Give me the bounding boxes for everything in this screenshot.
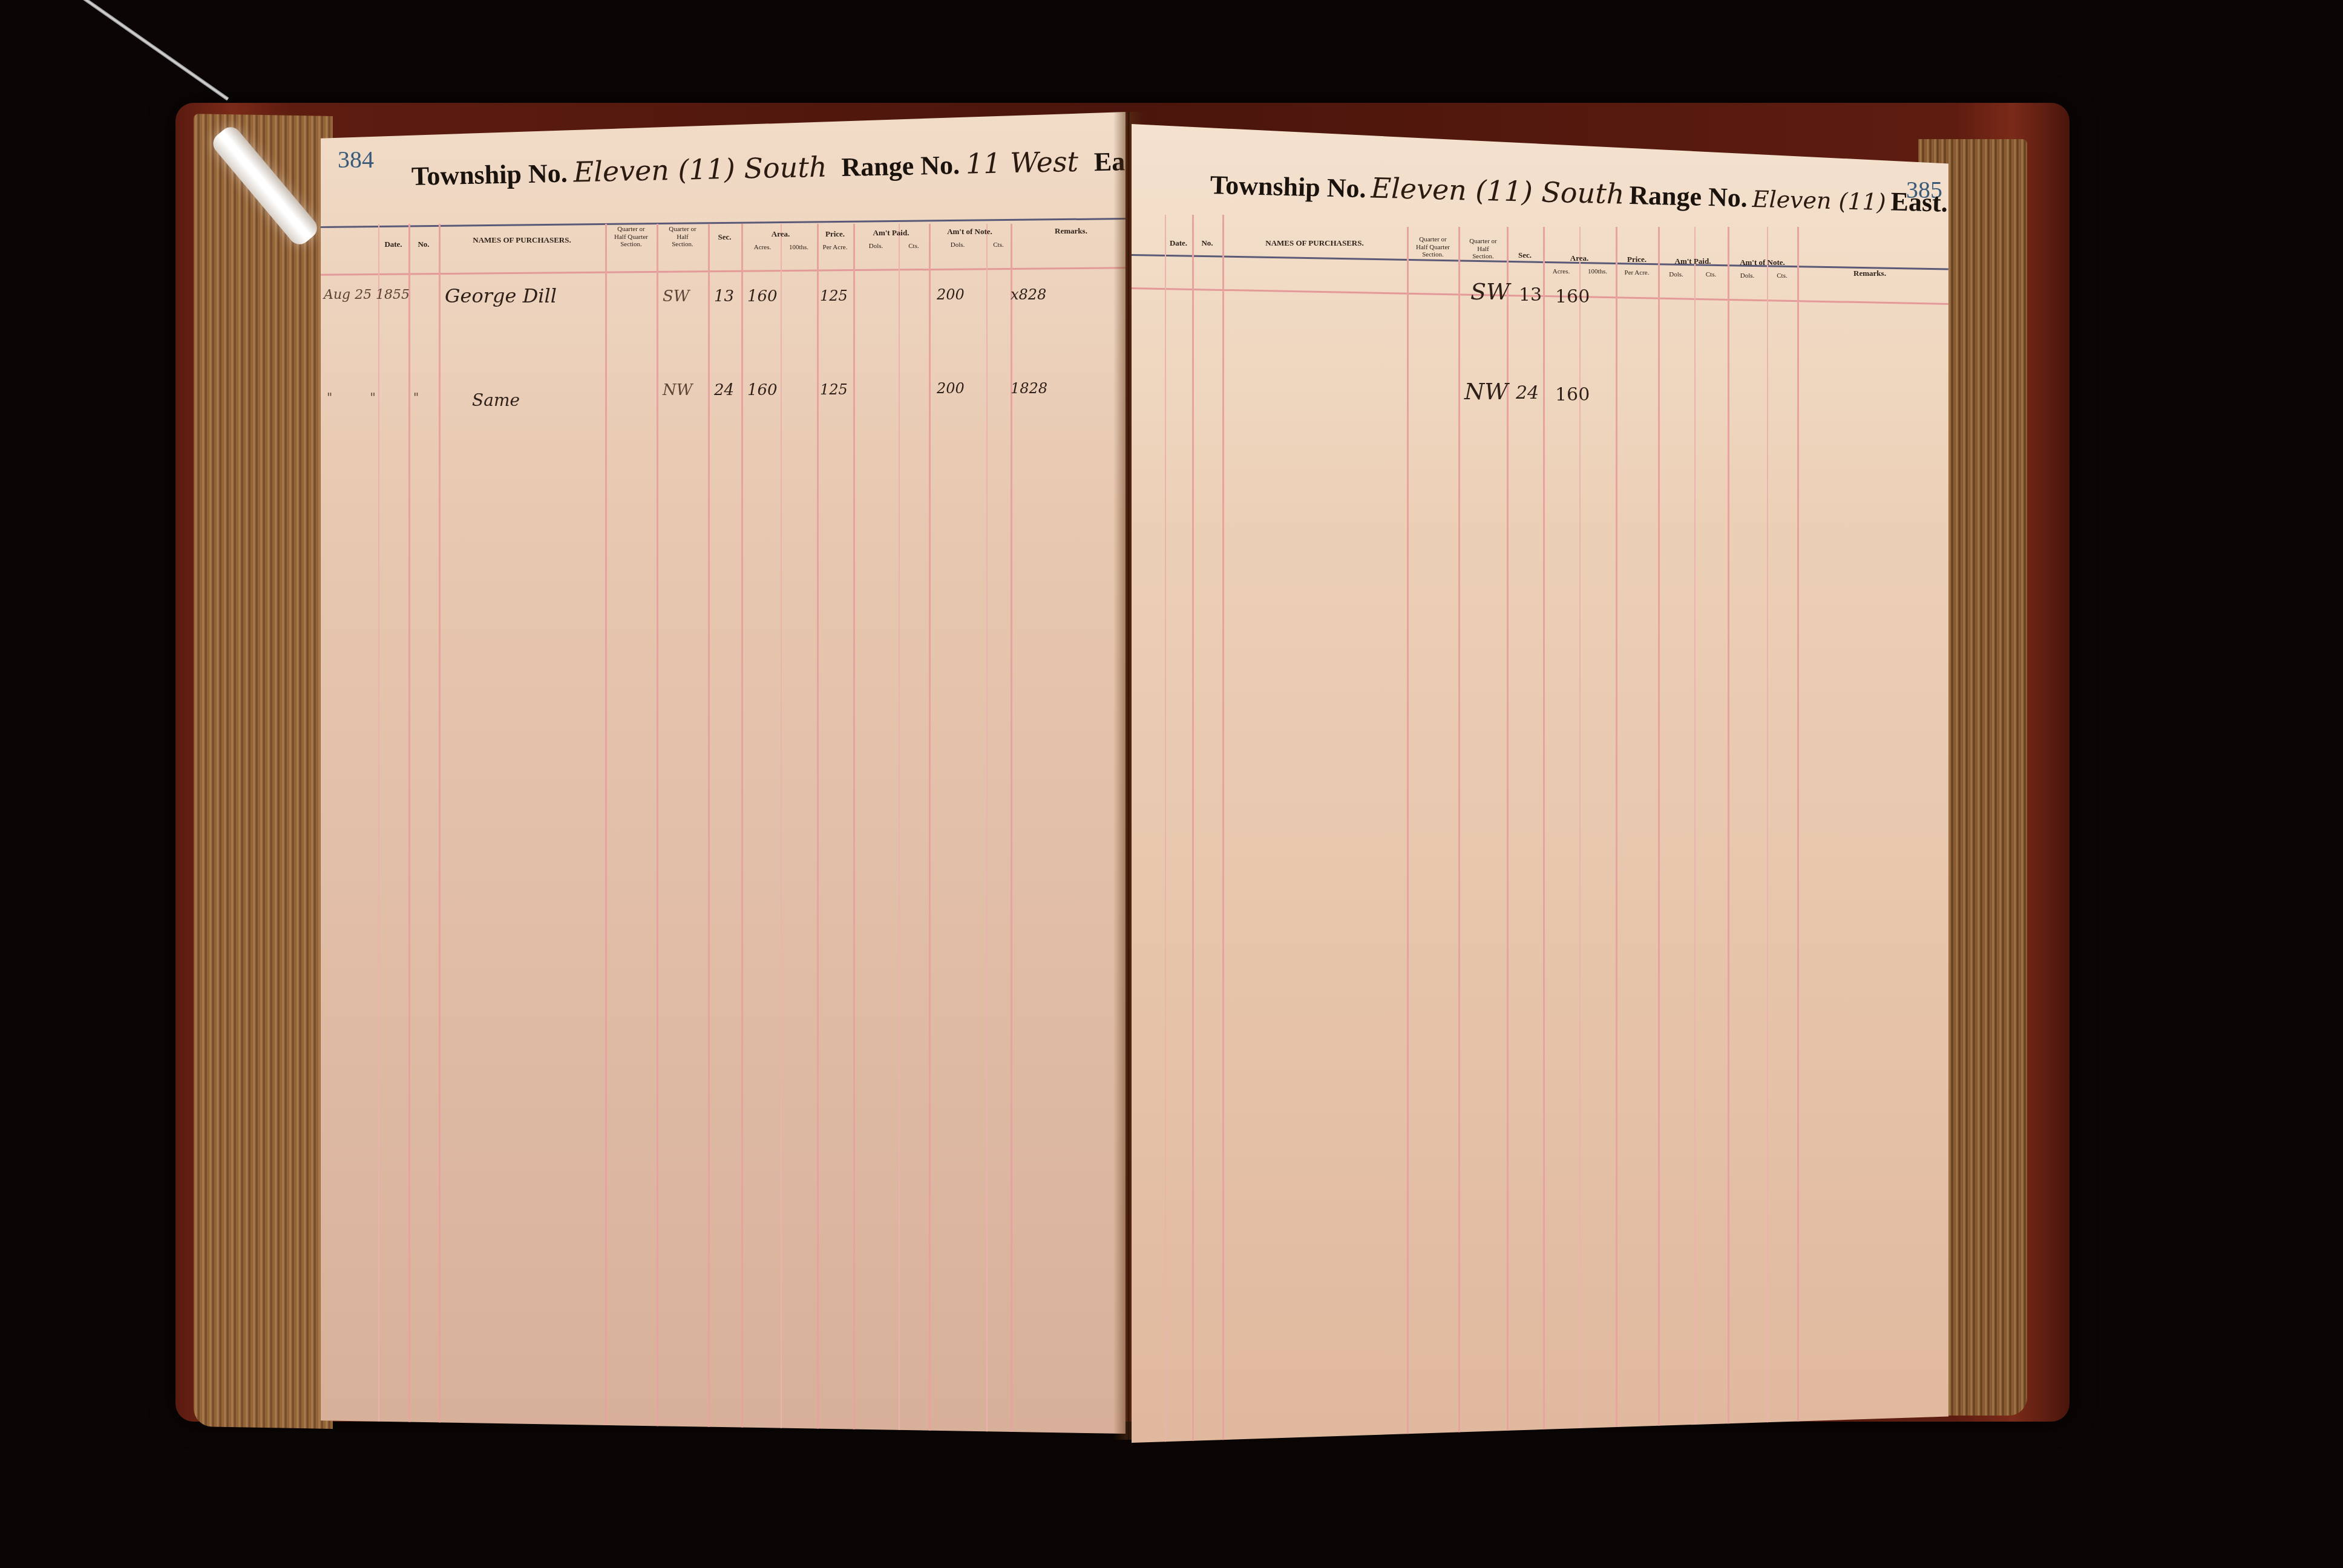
entry-section: 24 xyxy=(1516,382,1539,403)
direction-label: East. xyxy=(1890,186,1948,218)
township-header: Township No. Eleven (11) South Range No.… xyxy=(1210,168,1948,220)
col-names: NAMES OF PURCHASERS. xyxy=(1225,239,1404,248)
entry-acres: 160 xyxy=(1555,384,1590,405)
township-label: Township No. xyxy=(1210,169,1366,204)
township-value: Eleven (11) South xyxy=(573,151,827,189)
entry-name: Same xyxy=(472,390,520,410)
entry-acres: 160 xyxy=(1555,286,1590,307)
header-rule xyxy=(321,218,1126,228)
col-amt-note-cts: Cts. xyxy=(986,241,1011,249)
col-quarter-half: Quarter or Half Section. xyxy=(658,226,707,249)
entry-quarter: SW xyxy=(1470,278,1510,305)
entry-acres: 160 xyxy=(747,287,778,305)
col-quarter-half: Quarter or Half Section. xyxy=(1460,238,1507,261)
entry-quarter: SW xyxy=(663,287,690,305)
col-amt-paid: Am't Paid. xyxy=(853,229,929,238)
range-label: Range No. xyxy=(1629,180,1748,214)
page-edges-left xyxy=(194,114,333,1429)
col-amt-note: Am't of Note. xyxy=(929,227,1011,237)
column-header-rule xyxy=(321,267,1126,276)
col-amt-paid-cts: Cts. xyxy=(899,243,929,250)
entry-note-amount: 200 xyxy=(937,380,965,397)
col-price: Price. xyxy=(817,230,853,239)
range-value: 11 West xyxy=(965,145,1078,180)
ledger-row: SW 13 160 xyxy=(1132,275,1948,324)
col-amt-paid: Am't Paid. xyxy=(1658,257,1728,266)
col-quarter-half-quarter: Quarter or Half Quarter Section. xyxy=(1408,236,1458,259)
entry-acres: 160 xyxy=(747,381,778,399)
right-page: 385 Township No. Eleven (11) South Range… xyxy=(1132,124,1948,1443)
ledger-row: Aug 25 1855 George Dill SW 13 160 125 20… xyxy=(321,281,1126,330)
col-amt-note: Am't of Note. xyxy=(1728,258,1797,267)
pointer-rod xyxy=(48,0,229,100)
col-sec: Sec. xyxy=(1507,251,1543,260)
ledger-row: NW 24 160 xyxy=(1132,375,1948,423)
range-label: Range No. xyxy=(841,149,960,183)
entry-remarks: x828 xyxy=(1011,286,1046,303)
col-date: Date. xyxy=(378,240,408,249)
col-no: No. xyxy=(408,240,439,249)
ledger-row: " " " Same NW 24 160 125 200 1828 xyxy=(321,378,1126,426)
page-number: 384 xyxy=(338,145,374,174)
entry-price: 125 xyxy=(820,381,848,398)
range-value: Eleven (11) xyxy=(1752,186,1886,215)
entry-quarter: NW xyxy=(663,381,692,399)
township-value: Eleven (11) South xyxy=(1371,171,1625,210)
entry-date: " " " xyxy=(327,390,436,405)
col-area-acres: Acres. xyxy=(744,244,781,252)
col-amt-paid-dols: Dols. xyxy=(853,243,899,250)
col-area-100ths: 100ths. xyxy=(781,244,817,252)
col-date: Date. xyxy=(1165,239,1192,248)
col-amt-note-dols: Dols. xyxy=(929,241,986,249)
col-names: NAMES OF PURCHASERS. xyxy=(442,236,602,245)
col-area: Area. xyxy=(1543,254,1616,263)
col-sec: Sec. xyxy=(708,233,741,242)
col-area: Area. xyxy=(744,230,817,239)
entry-section: 13 xyxy=(714,287,734,305)
entry-note-amount: 200 xyxy=(937,286,965,303)
left-page: 384 Township No. Eleven (11) South Range… xyxy=(321,112,1126,1434)
entry-price: 125 xyxy=(820,287,848,304)
entry-date: Aug 25 1855 xyxy=(324,287,410,302)
col-no: No. xyxy=(1192,239,1222,248)
col-price-per-acre: Per Acre. xyxy=(817,244,853,252)
entry-quarter: NW xyxy=(1464,378,1508,405)
col-area-acres: Acres. xyxy=(1543,268,1579,276)
entry-section: 24 xyxy=(714,381,734,399)
col-quarter-half-quarter: Quarter or Half Quarter Section. xyxy=(606,226,656,249)
township-header: Township No. Eleven (11) South Range No.… xyxy=(411,143,1126,192)
township-label: Township No. xyxy=(411,158,568,192)
col-price: Price. xyxy=(1616,255,1658,264)
entry-remarks: 1828 xyxy=(1011,380,1047,397)
col-remarks: Remarks. xyxy=(1017,227,1126,236)
entry-name: George Dill xyxy=(445,284,557,307)
entry-section: 13 xyxy=(1519,284,1542,305)
col-area-100ths: 100ths. xyxy=(1579,268,1616,276)
